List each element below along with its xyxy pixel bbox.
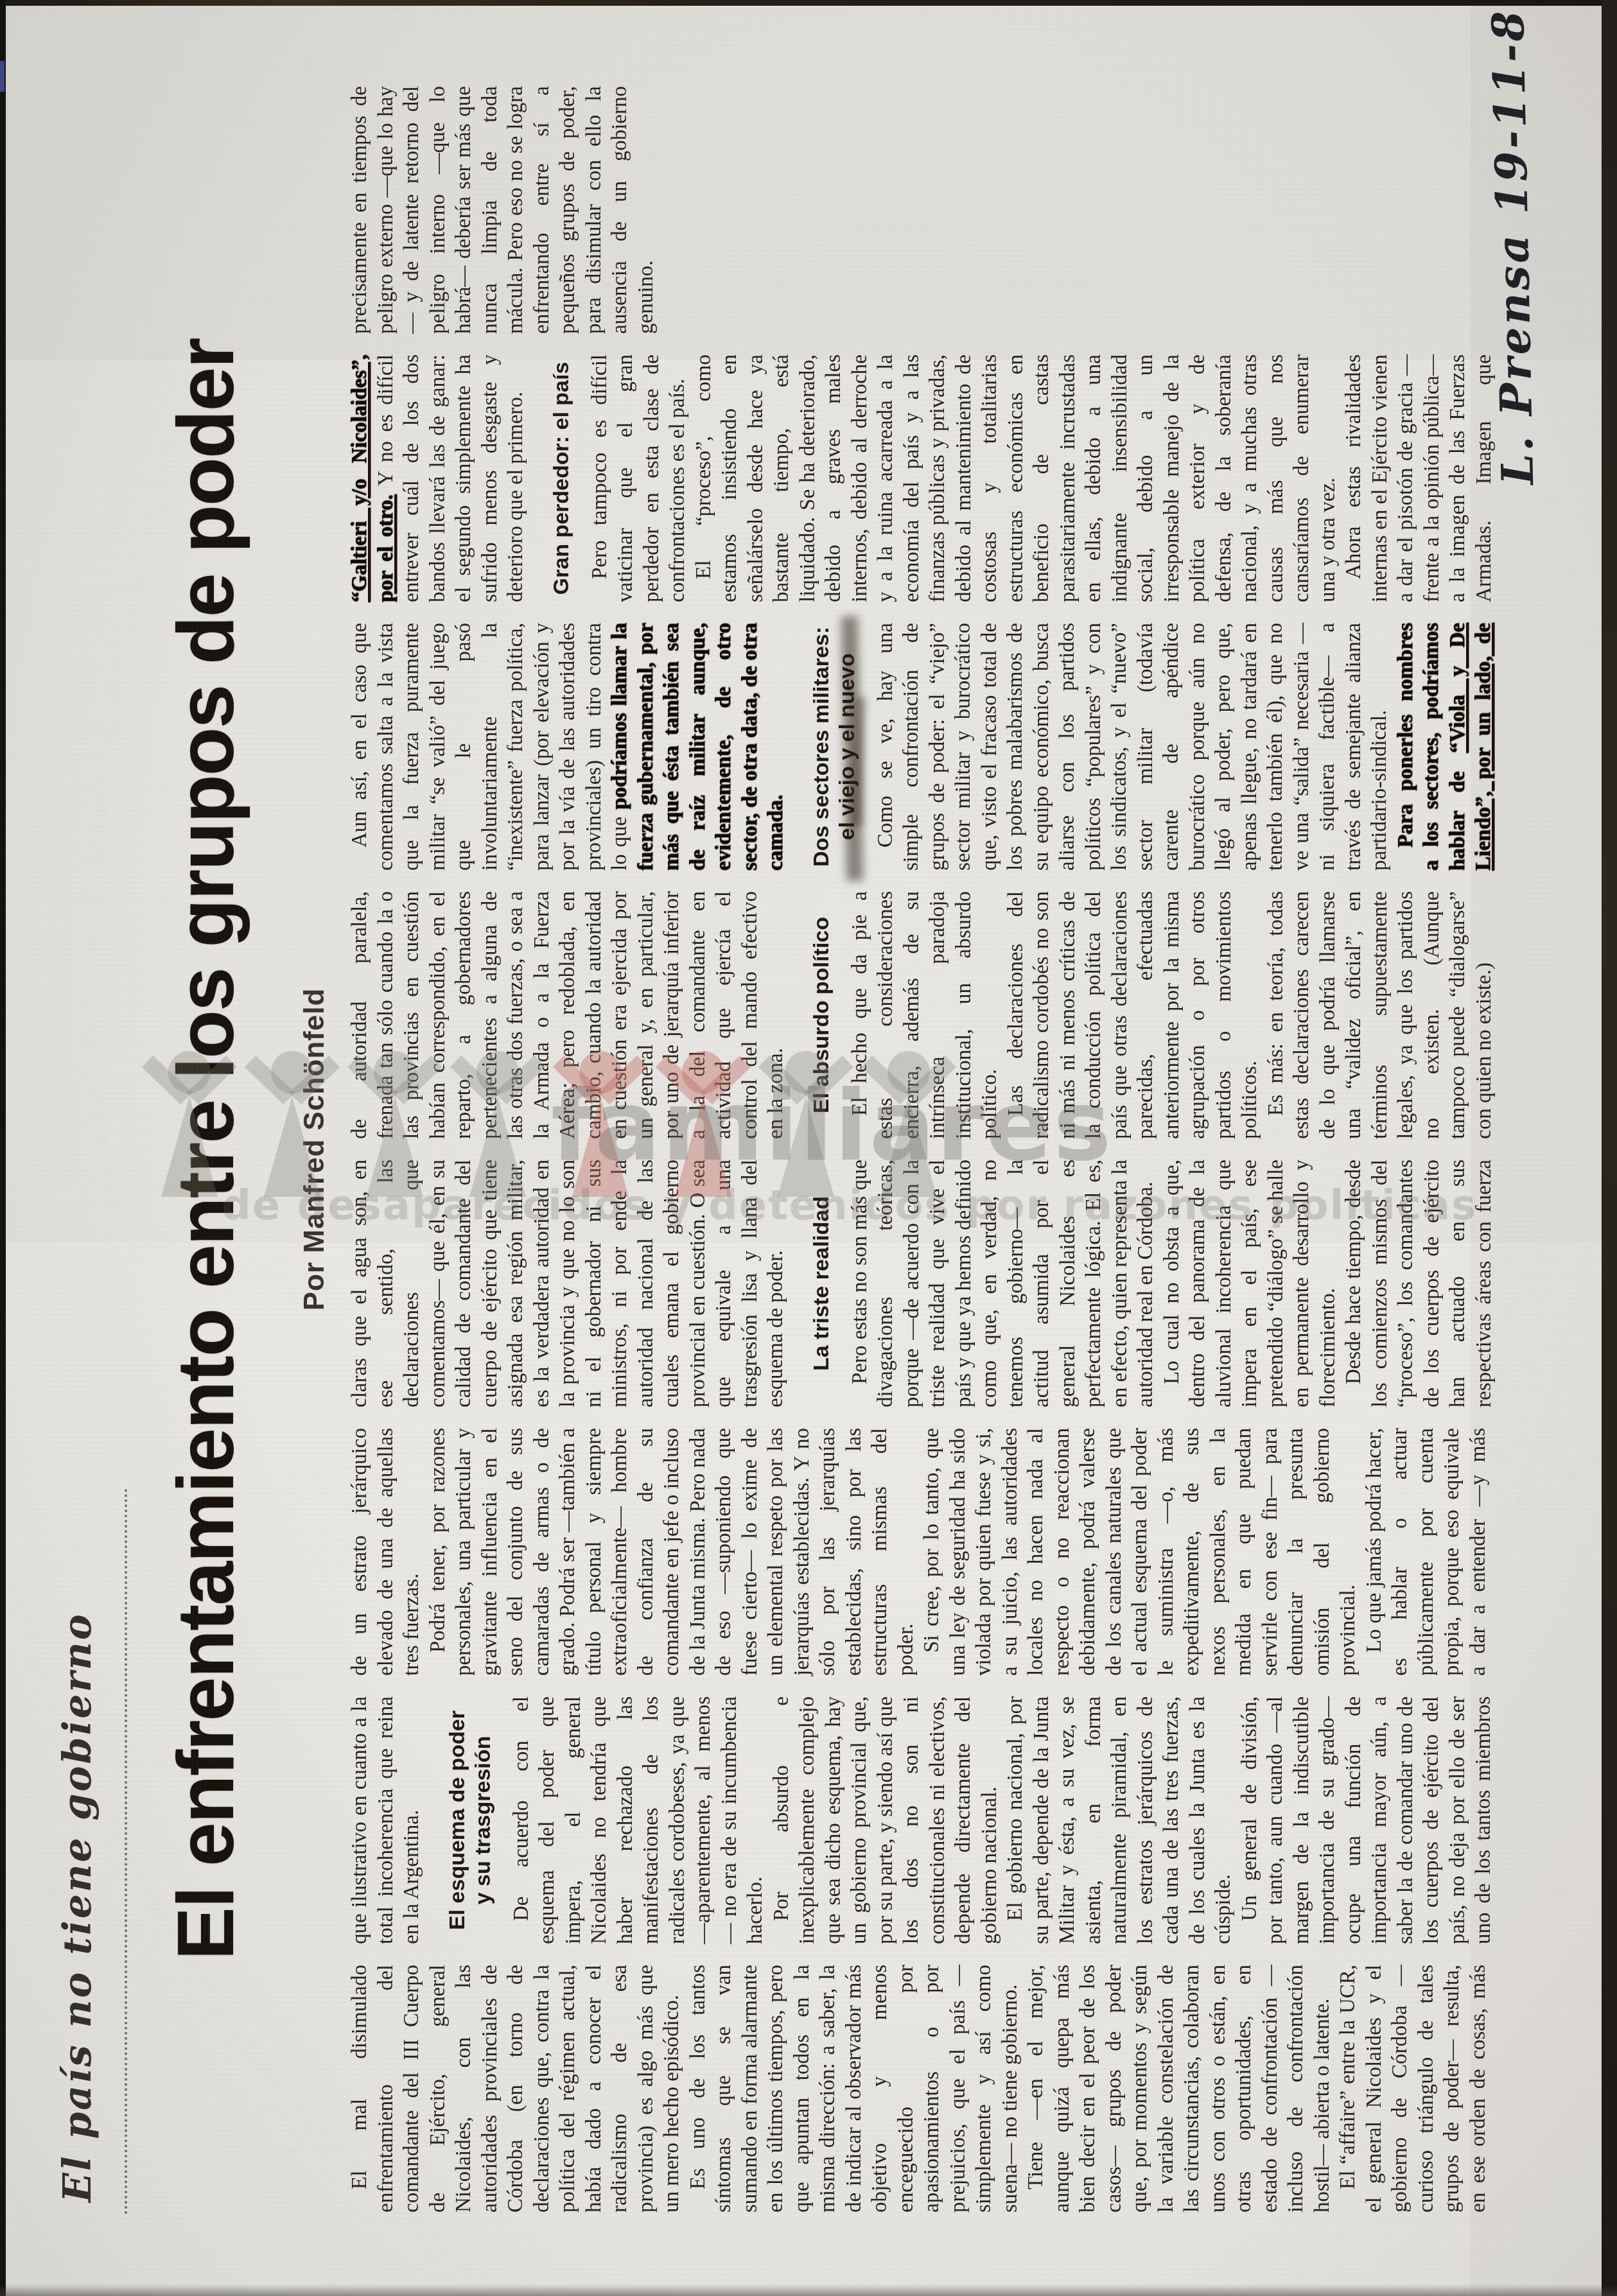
scanner-edge-right <box>1602 0 1617 2296</box>
body-paragraph: Si cree, por lo tanto, que una ley de se… <box>919 1428 1361 1676</box>
body-paragraph: Es más: en teoría, todas estas declaraci… <box>1263 891 1498 1139</box>
kicker-dotted-rule <box>125 1488 127 2214</box>
text-run: Pero tampoco es difícil vaticinar que el… <box>588 354 690 602</box>
rotated-article: El país no tiene gobierno El enfrentamie… <box>45 77 1599 2222</box>
text-run: El “proceso”, como estamos insistiendo e… <box>692 354 1340 602</box>
scanned-page: El país no tiene gobierno El enfrentamie… <box>0 0 1617 2296</box>
body-paragraph: El hecho que da pie a estas consideracio… <box>847 891 1003 1139</box>
text-run: Por absurdo e inexplicablemente complejo… <box>770 1696 1001 1944</box>
subhead: Dos sectores militares:el viejo y el nue… <box>808 623 860 871</box>
handwritten-date-note: L. Prensa 19-11-81 <box>1486 0 1541 485</box>
body-paragraph: Lo cual no obsta a que, dentro del panor… <box>1159 1160 1342 1407</box>
subhead: Gran perdedor: el país <box>548 354 574 602</box>
text-run: El hecho que da pie a estas consideracio… <box>848 891 1002 1139</box>
subhead-line: El esquema de poder <box>444 1696 470 1944</box>
text-run: Es uno de los tantos síntomas que se van… <box>686 1965 1022 2213</box>
text-run: Tiene —en el mejor, aunque quizá quepa m… <box>1024 1965 1334 2213</box>
scanner-edge-bottom <box>0 2284 1617 2296</box>
article-body: El mal disimulado enfrentamiento del com… <box>347 86 1509 2213</box>
article-byline: Por Manfred Schönfeld <box>301 77 329 2222</box>
subhead-line: La triste realidad <box>808 1160 834 1407</box>
body-paragraph: El “proceso”, como estamos insistiendo e… <box>691 354 1342 602</box>
text-run: Las declaraciones del radicalismo cordob… <box>1004 891 1262 1139</box>
article-kicker: El país no tiene gobierno <box>57 1612 99 2202</box>
subhead-line: el viejo y el nuevo <box>834 623 860 871</box>
blue-ink-speck <box>0 61 4 92</box>
body-paragraph: Las declaraciones del radicalismo cordob… <box>1003 891 1263 1139</box>
subhead-line: y su trasgresión <box>470 1696 496 1944</box>
text-run: Pero estas no son más que divagaciones t… <box>848 1160 1158 1407</box>
subhead: La triste realidad <box>808 1160 834 1407</box>
body-paragraph: De acuerdo con el esquema del poder que … <box>509 1696 769 1944</box>
body-paragraph: Podrá tener, por razones personales, una… <box>425 1428 920 1676</box>
body-paragraph: Aun así, en el caso que comentamos salta… <box>347 623 789 871</box>
body-paragraph: Pero tampoco es difícil vaticinar que el… <box>587 354 691 602</box>
body-paragraph: Pero estas no son más que divagaciones t… <box>847 1160 1159 1407</box>
body-paragraph: Por absurdo e inexplicablemente complejo… <box>769 1696 1003 1944</box>
text-run: El mal disimulado enfrentamiento del com… <box>348 1965 683 2213</box>
text-run: Es más: en teoría, todas estas declaraci… <box>1264 891 1496 1139</box>
scanner-edge-top <box>0 0 1617 6</box>
subhead-line: Dos sectores militares: <box>808 623 834 871</box>
text-run: El gobierno nacional, por su parte, depe… <box>1004 1696 1235 1944</box>
body-paragraph: Tiene —en el mejor, aunque quizá quepa m… <box>1023 1965 1335 2213</box>
subhead-line: El absurdo político <box>808 891 834 1139</box>
body-paragraph: El gobierno nacional, por su parte, depe… <box>1002 1696 1237 1944</box>
text-run: Como se ve, hay una simple confrontación… <box>874 623 1392 871</box>
body-paragraph: Es uno de los tantos síntomas que se van… <box>685 1965 1024 2213</box>
subhead: El esquema de podery su trasgresión <box>444 1696 496 1944</box>
scanner-edge-left <box>0 0 6 2296</box>
text-run: Podrá tener, por razones personales, una… <box>426 1428 918 1676</box>
text-run: Si cree, por lo tanto, que una ley de se… <box>920 1428 1359 1676</box>
article-headline: El enfrentamiento entre los grupos de po… <box>164 77 248 2222</box>
text-run: Lo cual no obsta a que, dentro del panor… <box>1160 1160 1340 1407</box>
text-run: De acuerdo con el esquema del poder que … <box>510 1696 767 1944</box>
body-paragraph: El mal disimulado enfrentamiento del com… <box>347 1965 685 2213</box>
body-paragraph: Como se ve, hay una simple confrontación… <box>873 623 1393 871</box>
text-run: podríamos llamar la fuerza gubernamental… <box>608 623 787 871</box>
subhead: El absurdo político <box>808 891 834 1139</box>
text-run: Aun así, en el caso que comentamos salta… <box>348 623 631 871</box>
subhead-line: Gran perdedor: el país <box>548 354 574 602</box>
